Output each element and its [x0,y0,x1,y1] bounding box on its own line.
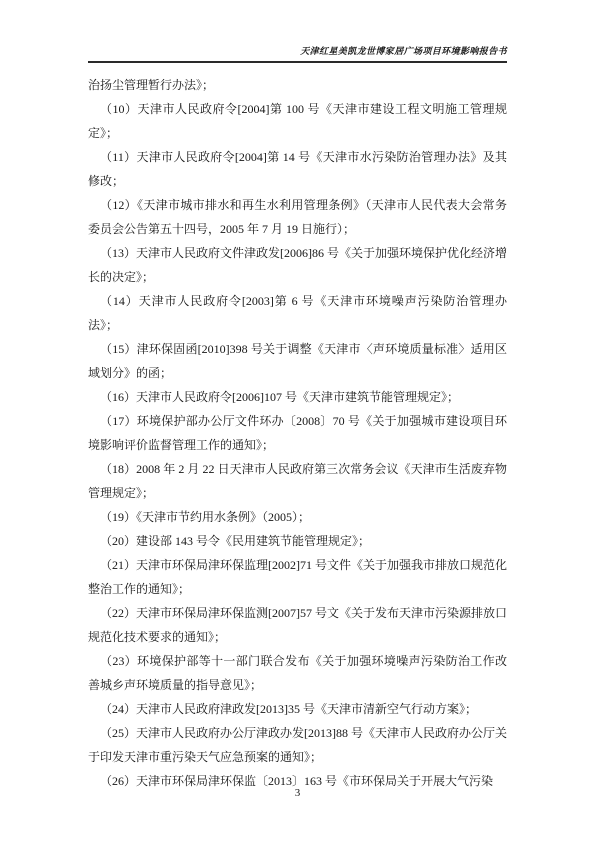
body-paragraph: （11）天津市人民政府令[2004]第 14 号《天津市水污染防治管理办法》及其… [88,145,507,193]
header-title: 天津红星美凯龙世博家居广场项目环境影响报告书 [300,46,507,56]
body-paragraph: （19）《天津市节约用水条例》（2005）； [88,505,507,529]
body-paragraph: （12）《天津市城市排水和再生水利用管理条例》（天津市人民代表大会常务委员会公告… [88,193,507,241]
body-paragraph: （25）天津市人民政府办公厅津政办发[2013]88 号《天津市人民政府办公厅关… [88,721,507,769]
body-paragraph: （14）天津市人民政府令[2003]第 6 号《天津市环境噪声污染防治管理办法》… [88,289,507,337]
document-body: 治扬尘管理暂行办法》； （10）天津市人民政府令[2004]第 100 号《天津… [88,73,507,793]
body-paragraph: （18）2008 年 2 月 22 日天津市人民政府第三次常务会议《天津市生活废… [88,457,507,505]
body-paragraph: （15）津环保固函[2010]398 号关于调整《天津市〈声环境质量标准〉适用区… [88,337,507,385]
body-paragraph: （24）天津市人民政府津政发[2013]35 号《天津市清新空气行动方案》； [88,697,507,721]
body-paragraph: （10）天津市人民政府令[2004]第 100 号《天津市建设工程文明施工管理规… [88,97,507,145]
report-header: 天津红星美凯龙世博家居广场项目环境影响报告书 [88,44,507,63]
body-paragraph: （16）天津市人民政府令[2006]107 号《天津市建筑节能管理规定》； [88,385,507,409]
document-page: 天津红星美凯龙世博家居广场项目环境影响报告书 治扬尘管理暂行办法》； （10）天… [0,0,595,842]
page-footer: 3 [0,785,595,801]
body-paragraph: （21）天津市环保局津环保监理[2002]71 号文件《关于加强我市排放口规范化… [88,553,507,601]
body-paragraph: （22）天津市环保局津环保监测[2007]57 号文《关于发布天津市污染源排放口… [88,601,507,649]
body-paragraph: （17）环境保护部办公厅文件环办〔2008〕70 号《关于加强城市建设项目环境影… [88,409,507,457]
page-number: 3 [295,787,301,799]
body-paragraph: 治扬尘管理暂行办法》； [88,73,507,97]
body-paragraph: （20）建设部 143 号令《民用建筑节能管理规定》； [88,529,507,553]
body-paragraph: （23）环境保护部等十一部门联合发布《关于加强环境噪声污染防治工作改善城乡声环境… [88,649,507,697]
body-paragraph: （13）天津市人民政府文件津政发[2006]86 号《关于加强环境保护优化经济增… [88,241,507,289]
